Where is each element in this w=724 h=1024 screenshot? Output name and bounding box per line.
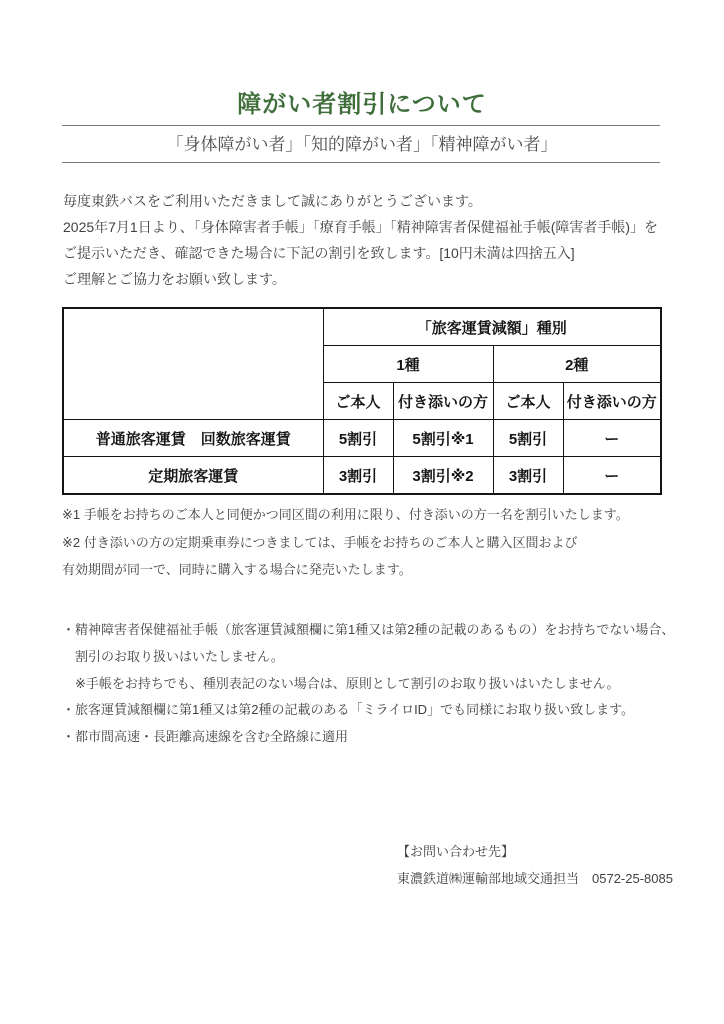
table-row: 定期旅客運賃 3割引 3割引※2 3割引 ー [63,457,661,495]
table-corner-cell [63,308,323,420]
cell-commuter-c1-companion: 3割引※2 [393,457,493,495]
intro-line: ご理解とご協力をお願い致します。 [63,266,673,292]
notice-list: ・精神障害者保健福祉手帳（旅客運賃減額欄に第1種又は第2種の記載のあるもの）をお… [62,617,682,751]
row-label-commuter-fare: 定期旅客運賃 [63,457,323,495]
fare-discount-table: 「旅客運賃減額」種別 1種 2種 ご本人 付き添いの方 ご本人 付き添いの方 普… [62,307,662,495]
document-page: 障がい者割引について 「身体障がい者」「知的障がい者」「精神障がい者」 毎度東鉄… [0,0,724,1024]
cell-commuter-c2-companion: ー [563,457,661,495]
notice-item-note: ※手帳をお持ちでも、種別表記のない場合は、原則として割引のお取り扱いはいたしませ… [62,671,682,698]
footnote-2-continued: 有効期間が同一で、同時に購入する場合に発売いたします。 [62,556,672,584]
table-footnotes: ※1 手帳をお持ちのご本人と同便かつ同区間の利用に限り、付き添いの方一名を割引い… [62,501,672,584]
table-header-class-2: 2種 [493,346,661,383]
intro-line: 毎度東鉄バスをご利用いただきまして誠にありがとうございます。 [63,188,673,214]
table-row: 普通旅客運賃 回数旅客運賃 5割引 5割引※1 5割引 ー [63,420,661,457]
footnote-1: ※1 手帳をお持ちのご本人と同便かつ同区間の利用に限り、付き添いの方一名を割引い… [62,501,672,529]
contact-phone-line: 東濃鉄道㈱運輸部地域交通担当 0572-25-8085 [397,865,673,892]
notice-item: ・旅客運賃減額欄に第1種又は第2種の記載のある「ミライロID」でも同様にお取り扱… [62,697,682,724]
cell-commuter-c2-person: 3割引 [493,457,563,495]
cell-commuter-c1-person: 3割引 [323,457,393,495]
notice-item: ・精神障害者保健福祉手帳（旅客運賃減額欄に第1種又は第2種の記載のあるもの）をお… [62,617,682,644]
cell-ordinary-c2-companion: ー [563,420,661,457]
page-title: 障がい者割引について [0,84,724,119]
table-row: 「旅客運賃減額」種別 [63,308,661,346]
table-header-class-1: 1種 [323,346,493,383]
intro-paragraph: 毎度東鉄バスをご利用いただきまして誠にありがとうございます。 2025年7月1日… [63,188,673,292]
cell-ordinary-c2-person: 5割引 [493,420,563,457]
cell-ordinary-c1-companion: 5割引※1 [393,420,493,457]
table-header-type: 「旅客運賃減額」種別 [323,308,661,346]
col-header-person-1: ご本人 [323,383,393,420]
contact-block: 【お問い合わせ先】 東濃鉄道㈱運輸部地域交通担当 0572-25-8085 [397,838,673,892]
divider-line-top [62,125,660,126]
row-label-ordinary-fare: 普通旅客運賃 回数旅客運賃 [63,420,323,457]
col-header-companion-1: 付き添いの方 [393,383,493,420]
contact-heading: 【お問い合わせ先】 [397,838,673,865]
notice-item: ・都市間高速・長距離高速線を含む全路線に適用 [62,724,682,751]
divider-line-bottom [62,162,660,163]
col-header-companion-2: 付き添いの方 [563,383,661,420]
intro-line: 2025年7月1日より、「身体障害者手帳」「療育手帳」「精神障害者保健福祉手帳(… [63,214,673,240]
notice-item-continued: 割引のお取り扱いはいたしません。 [62,644,682,671]
cell-ordinary-c1-person: 5割引 [323,420,393,457]
footnote-2: ※2 付き添いの方の定期乗車券につきましては、手帳をお持ちのご本人と購入区間およ… [62,529,672,557]
intro-line: ご提示いただき、確認できた場合に下記の割引を致します。[10円未満は四捨五入] [63,240,673,266]
page-subtitle: 「身体障がい者」「知的障がい者」「精神障がい者」 [0,130,724,160]
col-header-person-2: ご本人 [493,383,563,420]
